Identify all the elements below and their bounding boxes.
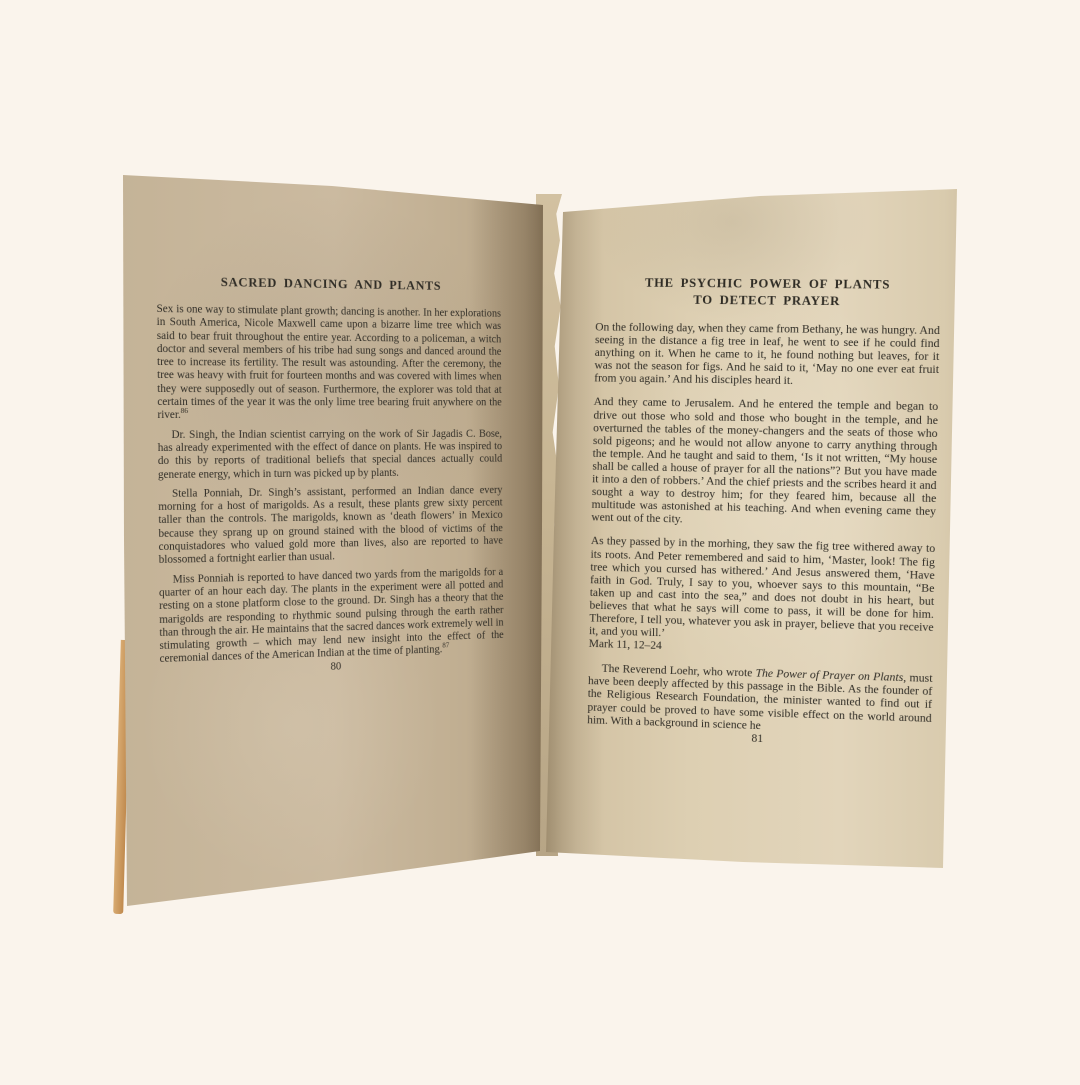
paragraph-text: On the following day, when they came fro… (594, 320, 940, 388)
footnote-ref-87: 87 (442, 641, 449, 650)
left-page-paragraph: Miss Ponniah is reported to have danced … (159, 566, 504, 667)
paragraph-text: And they came to Jerusalem. And he enter… (591, 395, 938, 526)
footnote-ref-86: 86 (181, 407, 188, 416)
paragraph-text: As they passed by in the morhing, they s… (589, 534, 935, 640)
left-page-paragraph: Dr. Singh, the Indian scientist carrying… (158, 428, 503, 482)
left-page-paragraph: Sex is one way to stimulate plant growth… (157, 303, 502, 423)
heading-line-1: THE PSYCHIC POWER OF PLANTS (645, 275, 891, 292)
right-page-paragraph: And they came to Jerusalem. And he enter… (591, 396, 938, 532)
paragraph-text: Sex is one way to stimulate plant growth… (157, 303, 502, 421)
left-page-paragraph: Stella Ponniah, Dr. Singh’s assistant, p… (158, 484, 503, 567)
right-page-paragraph: On the following day, when they came fro… (594, 321, 940, 390)
heading-line-2: TO DETECT PRAYER (693, 292, 840, 308)
right-page: THE PSYCHIC POWER OF PLANTSTO DETECT PRA… (538, 180, 970, 880)
left-page-content: SACRED DANCING AND PLANTS Sex is one way… (156, 272, 504, 680)
right-page-heading: THE PSYCHIC POWER OF PLANTSTO DETECT PRA… (596, 274, 941, 310)
photo-background: SACRED DANCING AND PLANTS Sex is one way… (0, 0, 1080, 1085)
paragraph-text: Miss Ponniah is reported to have danced … (159, 566, 504, 665)
paragraph-text: Dr. Singh, the Indian scientist carrying… (158, 428, 503, 481)
right-page-content: THE PSYCHIC POWER OF PLANTSTO DETECT PRA… (587, 274, 941, 751)
open-book: SACRED DANCING AND PLANTS Sex is one way… (0, 0, 1080, 1085)
left-page: SACRED DANCING AND PLANTS Sex is one way… (116, 168, 552, 912)
right-page-paragraph: The Reverend Loehr, who wrote The Power … (587, 662, 933, 738)
left-page-heading: SACRED DANCING AND PLANTS (156, 272, 501, 295)
paragraph-text: Stella Ponniah, Dr. Singh’s assistant, p… (158, 484, 503, 566)
right-page-paragraph: As they passed by in the morhing, they s… (589, 535, 935, 648)
